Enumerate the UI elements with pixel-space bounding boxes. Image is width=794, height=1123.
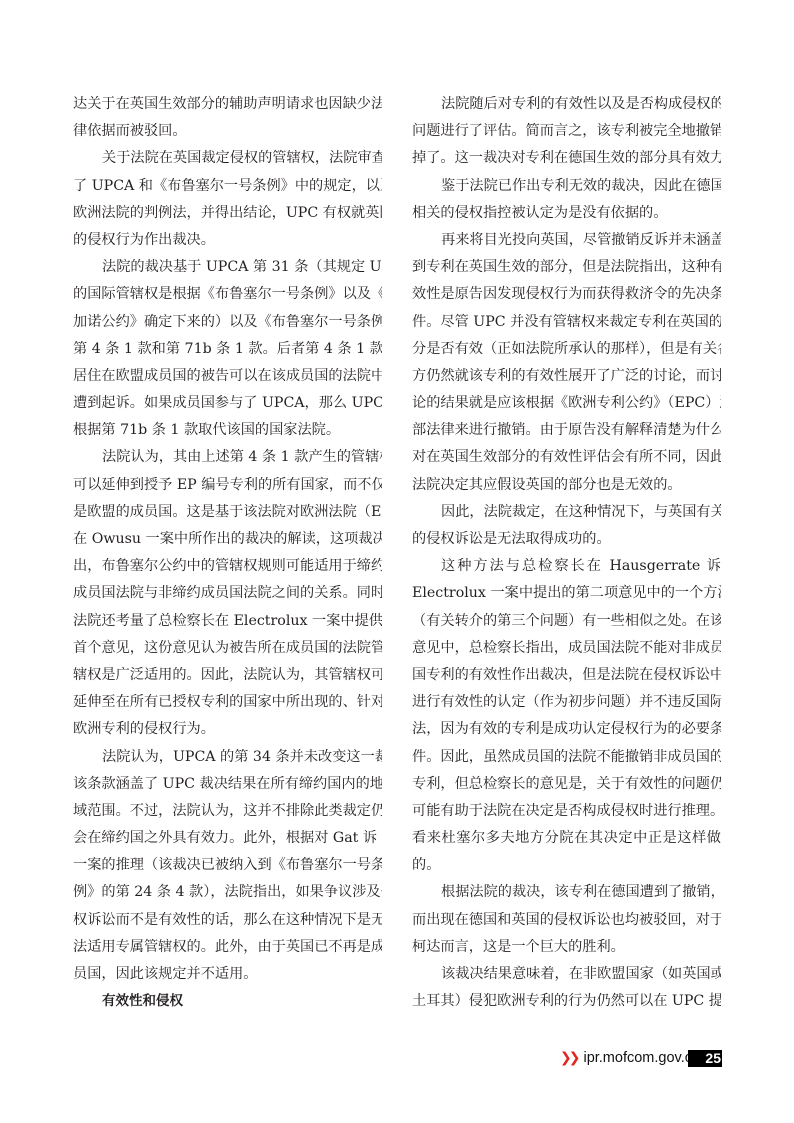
text-line: 延伸至在所有已授权专利的国家中所出现的、针对 [73,689,382,716]
text-line: 部法律来进行撤销。由于原告没有解释清楚为什么 [412,417,721,444]
text-line: 对在英国生效部分的有效性评估会有所不同，因此 [412,444,721,471]
text-line: 的侵权行为作出裁决。 [73,227,382,254]
text-line: 一案的推理（该裁决已被纳入到《布鲁塞尔一号条 [73,852,382,879]
text-line: 成员国法院与非缔约成员国法院之间的关系。同时， [73,580,382,607]
text-line: 这种方法与总检察长在 Hausgerrate 诉 [412,553,721,580]
text-line: 相关的侵权指控被认定为是没有依据的。 [412,200,721,227]
text-line: 国专利的有效性作出裁决，但是法院在侵权诉讼中 [412,662,721,689]
text-line: 法院认为，UPCA 的第 34 条并未改变这一裁决， [73,744,382,771]
text-line: 件。尽管 UPC 并没有管辖权来裁定专利在英国的部 [412,309,721,336]
text-line: 该裁决结果意味着，在非欧盟国家（如英国或 [412,961,721,988]
text-line: 件。因此，虽然成员国的法院不能撤销非成员国的 [412,744,721,771]
page-number: 25 [688,1050,722,1067]
section-heading: 有效性和侵权 [73,988,382,1015]
text-line: 而出现在德国和英国的侵权诉讼也均被驳回，对于 [412,907,721,934]
text-line: 的。 [412,852,721,879]
text-line: 辖权是广泛适用的。因此，法院认为，其管辖权可 [73,662,382,689]
text-line: 分是否有效（正如法院所承认的那样），但是有关各 [412,336,721,363]
text-line: 可以延伸到授予 EP 编号专利的所有国家，而不仅仅 [73,472,382,499]
text-line: 法，因为有效的专利是成功认定侵权行为的必要条 [412,716,721,743]
text-line: 因此，法院裁定，在这种情况下，与英国有关 [412,499,721,526]
text-line: 员国，因此该规定并不适用。 [73,961,382,988]
text-line: 第 4 条 1 款和第 71b 条 1 款。后者第 4 条 1 款规定， [73,336,382,363]
text-line: 法院认为，其由上述第 4 条 1 款产生的管辖权 [73,444,382,471]
text-line: 欧洲法院的判例法，并得出结论，UPC 有权就英国 [73,200,382,227]
text-line: 再来将目光投向英国，尽管撤销反诉并未涵盖 [412,227,721,254]
text-line: 论的结果就是应该根据《欧洲专利公约》（EPC）这 [412,390,721,417]
text-line: 法院的裁决基于 UPCA 第 31 条（其规定 UPC [73,254,382,281]
text-line: 域范围。不过，法院认为，这并不排除此类裁定仍 [73,798,382,825]
text-line: 了 UPCA 和《布鲁塞尔一号条例》中的规定，以及 [73,173,382,200]
text-line: 可能有助于法院在决定是否构成侵权时进行推理。 [412,798,721,825]
text-line: 效性是原告因发现侵权行为而获得救济令的先决条 [412,281,721,308]
footer: ❯❯ ipr.mofcom.gov.cn [560,1049,700,1067]
text-line: 看来杜塞尔多夫地方分院在其决定中正是这样做 [412,825,721,852]
text-line: 根据第 71b 条 1 款取代该国的国家法院。 [73,417,382,444]
text-line: 专利，但总检察长的意见是，关于有效性的问题仍 [412,771,721,798]
text-line: 权诉讼而不是有效性的话，那么在这种情况下是无 [73,907,382,934]
text-line: 例》的第 24 条 4 款），法院指出，如果争议涉及侵 [73,879,382,906]
text-line: 鉴于法院已作出专利无效的裁决，因此在德国， [412,173,721,200]
text-line: 问题进行了评估。简而言之，该专利被完全地撤销 [412,118,721,145]
text-line: 法院还考量了总检察长在 Electrolux 一案中提供的 [73,608,382,635]
footer-url[interactable]: ipr.mofcom.gov.cn [583,1050,700,1066]
text-line: 方仍然就该专利的有效性展开了广泛的讨论，而讨 [412,363,721,390]
text-line: 根据法院的裁决，该专利在德国遭到了撤销， [412,879,721,906]
text-line: 达关于在英国生效部分的辅助声明请求也因缺少法 [73,91,382,118]
text-line: 法院决定其应假设英国的部分也是无效的。 [412,472,721,499]
text-line: 进行有效性的认定（作为初步问题）并不违反国际 [412,689,721,716]
double-chevron-right-icon: ❯❯ [560,1050,577,1066]
right-column: 法院随后对专利的有效性以及是否构成侵权的问题进行了评估。简而言之，该专利被完全地… [412,91,721,1015]
text-line: 柯达而言，这是一个巨大的胜利。 [412,934,721,961]
text-line: 法院随后对专利的有效性以及是否构成侵权的 [412,91,721,118]
text-line: 土耳其）侵犯欧洲专利的行为仍然可以在 UPC 提起 [412,988,721,1015]
text-line: （有关转介的第三个问题）有一些相似之处。在该 [412,608,721,635]
text-line: 欧洲专利的侵权行为。 [73,716,382,743]
text-line: 首个意见，这份意见认为被告所在成员国的法院管 [73,635,382,662]
text-line: 的侵权诉讼是无法取得成功的。 [412,526,721,553]
text-line: 的国际管辖权是根据《布鲁塞尔一号条例》以及《卢 [73,281,382,308]
text-line: 是欧盟的成员国。这是基于该法院对欧洲法院（ECJ） [73,499,382,526]
left-column: 达关于在英国生效部分的辅助声明请求也因缺少法律依据而被驳回。关于法院在英国裁定侵… [73,91,382,1015]
text-line: 居住在欧盟成员国的被告可以在该成员国的法院中 [73,363,382,390]
text-line: 会在缔约国之外具有效力。此外，根据对 Gat 诉 LuK [73,825,382,852]
text-line: 律依据而被驳回。 [73,118,382,145]
text-line: 加诺公约》确定下来的）以及《布鲁塞尔一号条例》 [73,309,382,336]
text-line: 在 Owusu 一案中所作出的裁决的解读，这项裁决指 [73,526,382,553]
text-line: 该条款涵盖了 UPC 裁决结果在所有缔约国内的地 [73,771,382,798]
text-line: 关于法院在英国裁定侵权的管辖权，法院审查 [73,145,382,172]
text-line: 到专利在英国生效的部分，但是法院指出，这种有 [412,254,721,281]
text-line: 意见中，总检察长指出，成员国法院不能对非成员 [412,635,721,662]
text-line: 掉了。这一裁决对专利在德国生效的部分具有效力。 [412,145,721,172]
text-line: 出，布鲁塞尔公约中的管辖权规则可能适用于缔约 [73,553,382,580]
text-line: 遭到起诉。如果成员国参与了 UPCA，那么 UPC 可 [73,390,382,417]
text-line: Electrolux 一案中提出的第二项意见中的一个方法 [412,580,721,607]
text-line: 法适用专属管辖权的。此外，由于英国已不再是成 [73,934,382,961]
